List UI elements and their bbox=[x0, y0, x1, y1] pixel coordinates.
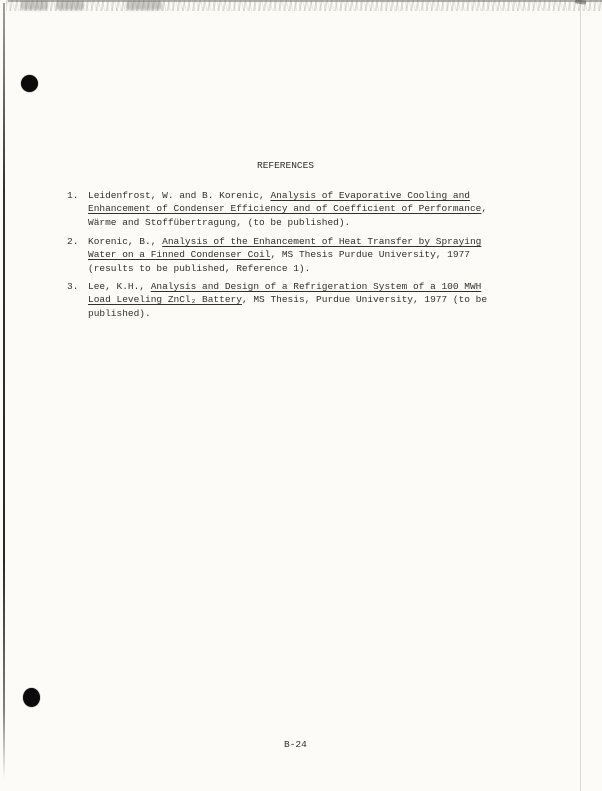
reference-line: (results to be published, Reference 1). bbox=[88, 262, 602, 275]
reference-plain-text: , MS Thesis, Purdue University, 1977 (to… bbox=[242, 294, 487, 305]
underlined-title-text: Analysis and Design of a Refrigeration S… bbox=[151, 281, 482, 292]
reference-text: Leidenfrost, W. and B. Korenic, Analysis… bbox=[88, 189, 602, 229]
reference-plain-text: , MS Thesis Purdue University, 1977 bbox=[270, 249, 470, 260]
reference-line: Leidenfrost, W. and B. Korenic, Analysis… bbox=[88, 189, 602, 202]
reference-line: published). bbox=[88, 307, 602, 320]
reference-plain-text: published). bbox=[88, 308, 151, 319]
reference-line: Korenic, B., Analysis of the Enhancement… bbox=[88, 235, 602, 248]
hole-punch-bottom bbox=[23, 688, 40, 707]
scan-left-edge-line bbox=[3, 3, 5, 779]
underlined-title-text: Analysis of the Enhancement of Heat Tran… bbox=[162, 236, 481, 247]
reference-line: Load Leveling ZnCl₂ Battery, MS Thesis, … bbox=[88, 293, 602, 306]
underlined-title-text: Load Leveling ZnCl₂ Battery bbox=[88, 294, 242, 305]
reference-plain-text: , bbox=[481, 203, 487, 214]
scan-smudge bbox=[56, 1, 84, 10]
scan-right-edge-line bbox=[580, 0, 581, 791]
scan-smudge bbox=[21, 1, 48, 10]
reference-line: Wärme and Stoffübertragung, (to be publi… bbox=[88, 216, 602, 229]
reference-number: 1. bbox=[67, 189, 78, 202]
scan-top-edge-line bbox=[8, 0, 602, 2]
underlined-title-text: Analysis of Evaporative Cooling and bbox=[270, 190, 470, 201]
hole-punch-top bbox=[21, 75, 38, 92]
reference-line: Enhancement of Condenser Efficiency and … bbox=[88, 202, 602, 215]
underlined-title-text: Enhancement of Condenser Efficiency and … bbox=[88, 203, 481, 214]
scanned-page: REFERENCES 1. Leidenfrost, W. and B. Kor… bbox=[0, 0, 602, 791]
reference-item: 3. Lee, K.H., Analysis and Design of a R… bbox=[0, 280, 602, 320]
reference-plain-text: Leidenfrost, W. and B. Korenic, bbox=[88, 190, 270, 201]
reference-line: Lee, K.H., Analysis and Design of a Refr… bbox=[88, 280, 602, 293]
page-number: B-24 bbox=[284, 738, 307, 751]
reference-number: 2. bbox=[67, 235, 78, 248]
scan-smudge bbox=[126, 1, 162, 10]
reference-plain-text: (results to be published, Reference 1). bbox=[88, 263, 310, 274]
reference-plain-text: Lee, K.H., bbox=[88, 281, 151, 292]
page-title: REFERENCES bbox=[257, 159, 314, 172]
underlined-title-text: Water on a Finned Condenser Coil bbox=[88, 249, 270, 260]
reference-plain-text: Korenic, B., bbox=[88, 236, 162, 247]
reference-line: Water on a Finned Condenser Coil, MS The… bbox=[88, 248, 602, 261]
reference-number: 3. bbox=[67, 280, 78, 293]
reference-text: Lee, K.H., Analysis and Design of a Refr… bbox=[88, 280, 602, 320]
reference-text: Korenic, B., Analysis of the Enhancement… bbox=[88, 235, 602, 275]
reference-item: 2. Korenic, B., Analysis of the Enhancem… bbox=[0, 235, 602, 275]
reference-plain-text: Wärme and Stoffübertragung, (to be publi… bbox=[88, 217, 350, 228]
reference-item: 1. Leidenfrost, W. and B. Korenic, Analy… bbox=[0, 189, 602, 229]
